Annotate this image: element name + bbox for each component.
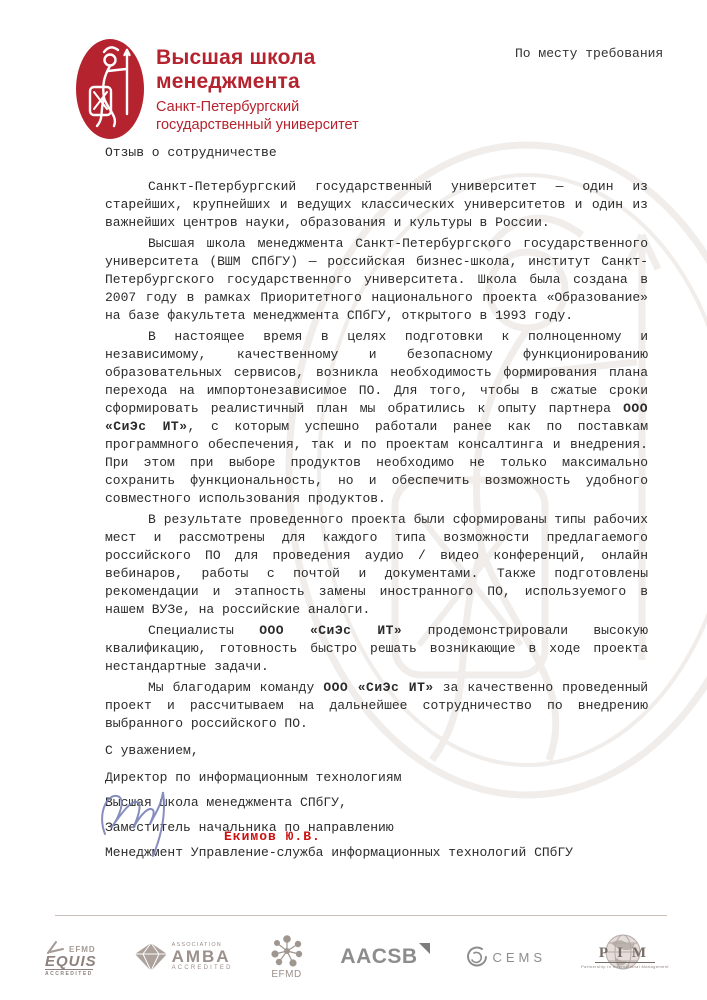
paragraph-6: Мы благодарим команду ООО «СиЭс ИТ» за к… [105,679,648,733]
partner-company-name: ООО «СиЭс ИТ» [323,680,433,695]
amba-accreditation-logo: ASSOCIATION AMBA ACCREDITED [134,942,233,972]
efmd-molecule-icon [270,934,304,968]
letter-body: Отзыв о сотрудничестве Санкт-Петербургск… [105,144,648,862]
paragraph-text: Санкт-Петербургский государственный унив… [105,179,648,230]
efmd-label: EFMD [271,969,301,980]
handwritten-signature-icon [95,786,191,860]
aacsb-corner-icon [419,943,430,954]
amba-accredited-label: ACCREDITED [172,965,233,971]
pim-accreditation-logo: PIM Partnership in International Managem… [583,933,667,981]
brand-block: Высшая школа менеджмента Санкт-Петербург… [156,46,359,134]
pim-tagline: Partnership in International Management [581,964,669,969]
accreditation-logos-row: EFMD EQUIS ACCREDITED ASSOCIATION AMBA A… [45,928,667,986]
cems-swirl-icon [466,946,488,968]
footer-divider [55,915,667,916]
paragraph-4: В результате проведенного проекта были с… [105,511,648,619]
pim-label: PIM [595,945,655,963]
paragraph-text: Высшая школа менеджмента Санкт-Петербург… [105,236,648,323]
paragraph-text: Специалисты [148,623,259,638]
paragraph-1: Санкт-Петербургский государственный унив… [105,178,648,232]
brand-name-line2: менеджмента [156,70,359,94]
brand-name-line1: Высшая школа [156,46,359,70]
aacsb-accreditation-logo: AACSB [340,945,428,969]
equis-label: EQUIS [45,954,97,969]
paragraph-3: В настоящее время в целях подготовки к п… [105,328,648,508]
brand-sub-line1: Санкт-Петербургский [156,98,359,116]
equis-accreditation-logo: EFMD EQUIS ACCREDITED [45,938,97,977]
brand-sub-line2: государственный университет [156,116,359,134]
paragraph-text: В результате проведенного проекта были с… [105,512,648,617]
recipient-line: По месту требования [515,46,663,61]
equis-accredited-label: ACCREDITED [45,969,93,977]
amba-label: AMBA [172,948,231,965]
efmd-branch-icon [45,938,65,954]
cems-accreditation-logo: CEMS [466,946,547,968]
efmd-accreditation-logo: EFMD [270,934,304,980]
paragraph-5: Специалисты ООО «СиЭс ИТ» продемонстриро… [105,622,648,676]
aacsb-label: AACSB [340,945,417,969]
letter-title: Отзыв о сотрудничестве [105,144,648,162]
partner-company-name: ООО «СиЭс ИТ» [259,623,402,638]
university-emblem-icon [75,38,145,140]
signatory-name: Екимов Ю.В. [224,829,321,844]
amba-diamond-icon [134,942,168,972]
paragraph-text: Мы благодарим команду [148,680,323,695]
cems-label: CEMS [493,950,547,965]
letter-page: Высшая школа менеджмента Санкт-Петербург… [0,0,707,1000]
closing-salutation: С уважением, [105,742,648,760]
paragraph-text: В настоящее время в целях подготовки к п… [105,329,648,416]
signatory-title-line: Директор по информационным технологиям [105,769,648,787]
paragraph-2: Высшая школа менеджмента Санкт-Петербург… [105,235,648,325]
